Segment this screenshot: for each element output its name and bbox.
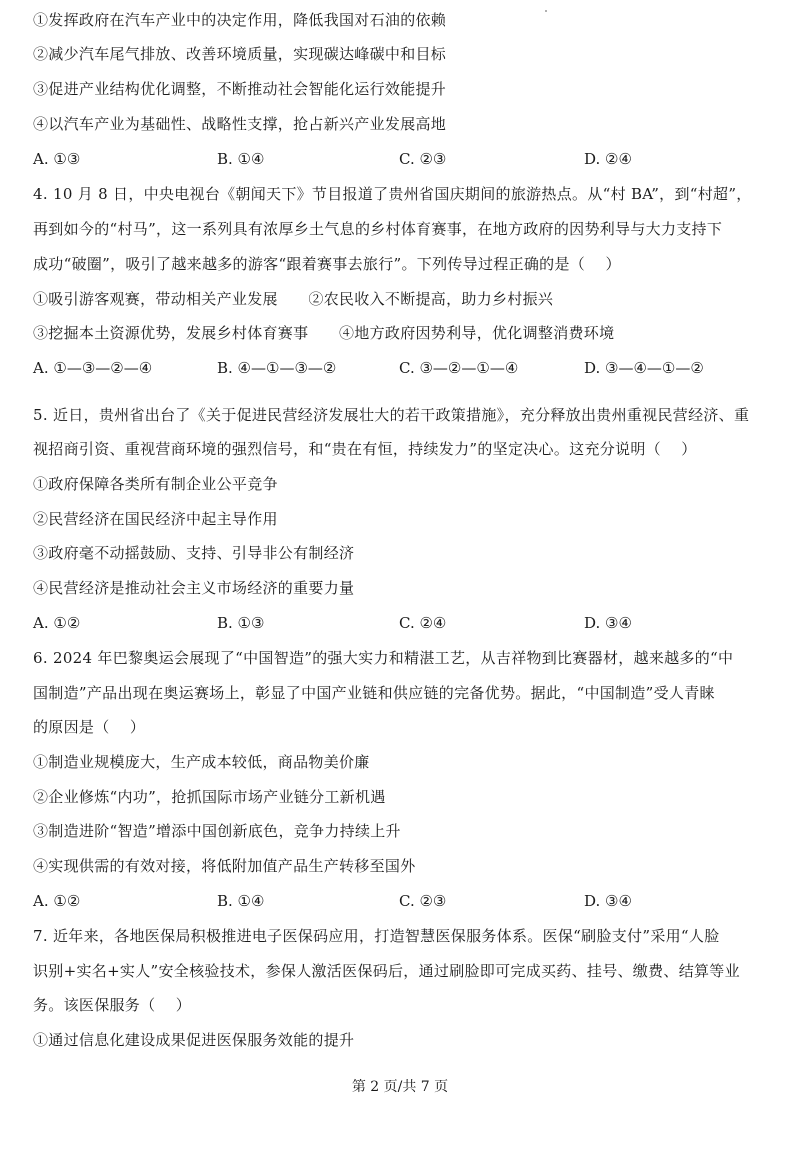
q7-stem-line-2: 识别+实名+实人”安全核验技术，参保人激活医保码后，通过刷脸即可完成买药、挂号、… xyxy=(33,961,740,981)
q5-item-4: ④民营经济是推动社会主义市场经济的重要力量 xyxy=(33,578,354,598)
q3-option-c: C. ②③ xyxy=(399,149,446,169)
q6-stem-line-3: 的原因是（ ） xyxy=(33,717,145,737)
q6-option-d: D. ③④ xyxy=(584,891,632,911)
q6-stem-line-2: 国制造”产品出现在奥运赛场上，彰显了中国产业链和供应链的完备优势。据此，“中国制… xyxy=(33,683,715,703)
q3-item-3: ③促进产业结构优化调整，不断推动社会智能化运行效能提升 xyxy=(33,79,446,99)
q6-option-b: B. ①④ xyxy=(217,891,264,911)
q6-option-a: A. ①② xyxy=(33,891,80,911)
scan-speck xyxy=(545,10,547,12)
q4-option-a: A. ①—③—②—④ xyxy=(33,358,152,378)
q4-stem-line-2: 再到如今的“村马”，这一系列具有浓厚乡土气息的乡村体育赛事，在地方政府的因势利导… xyxy=(33,219,722,239)
q4-items-line-1: ①吸引游客观赛，带动相关产业发展 ②农民收入不断提高，助力乡村振兴 xyxy=(33,289,553,309)
q3-item-1: ①发挥政府在汽车产业中的决定作用，降低我国对石油的依赖 xyxy=(33,10,446,30)
q6-item-2: ②企业修炼“内功”，抢抓国际市场产业链分工新机遇 xyxy=(33,787,386,807)
q5-item-1: ①政府保障各类所有制企业公平竞争 xyxy=(33,474,278,494)
q5-stem-line-2: 视招商引资、重视营商环境的强烈信号，和“贵在有恒，持续发力”的坚定决心。这充分说… xyxy=(33,439,697,459)
q3-option-b: B. ①④ xyxy=(217,149,264,169)
q6-item-4: ④实现供需的有效对接，将低附加值产品生产转移至国外 xyxy=(33,856,416,876)
q7-stem-line-3: 务。该医保服务（ ） xyxy=(33,995,191,1015)
q7-item-1: ①通过信息化建设成果促进医保服务效能的提升 xyxy=(33,1030,354,1050)
q6-item-3: ③制造进阶“智造”增添中国创新底色，竞争力持续上升 xyxy=(33,821,401,841)
q5-item-3: ③政府毫不动摇鼓励、支持、引导非公有制经济 xyxy=(33,543,354,563)
q6-option-c: C. ②③ xyxy=(399,891,446,911)
q3-item-2: ②减少汽车尾气排放、改善环境质量，实现碳达峰碳中和目标 xyxy=(33,44,446,64)
q4-option-b: B. ④—①—③—② xyxy=(217,358,336,378)
q7-stem-line-1: 7. 近年来，各地医保局积极推进电子医保码应用，打造智慧医保服务体系。医保“刷脸… xyxy=(33,926,720,946)
q5-option-c: C. ②④ xyxy=(399,613,446,633)
q4-option-c: C. ③—②—①—④ xyxy=(399,358,518,378)
q4-stem-line-3: 成功“破圈”，吸引了越来越多的游客“跟着赛事去旅行”。下列传导过程正确的是（ ） xyxy=(33,254,621,274)
q4-stem-line-1: 4. 10 月 8 日，中央电视台《朝闻天下》节目报道了贵州省国庆期间的旅游热点… xyxy=(33,184,752,204)
q6-item-1: ①制造业规模庞大，生产成本较低，商品物美价廉 xyxy=(33,752,370,772)
q3-item-4: ④以汽车产业为基础性、战略性支撑，抢占新兴产业发展高地 xyxy=(33,114,446,134)
q6-stem-line-1: 6. 2024 年巴黎奥运会展现了“中国智造”的强大实力和精湛工艺，从吉祥物到比… xyxy=(33,648,733,668)
q5-item-2: ②民营经济在国民经济中起主导作用 xyxy=(33,509,278,529)
q3-option-a: A. ①③ xyxy=(33,149,80,169)
q3-option-d: D. ②④ xyxy=(584,149,632,169)
q5-option-d: D. ③④ xyxy=(584,613,632,633)
q4-option-d: D. ③—④—①—② xyxy=(584,358,704,378)
page-number: 第 2 页/共 7 页 xyxy=(0,1077,800,1097)
q5-option-b: B. ①③ xyxy=(217,613,264,633)
q5-stem-line-1: 5. 近日，贵州省出台了《关于促进民营经济发展壮大的若干政策措施》，充分释放出贵… xyxy=(33,405,749,425)
q5-option-a: A. ①② xyxy=(33,613,80,633)
q4-items-line-2: ③挖掘本土资源优势，发展乡村体育赛事 ④地方政府因势利导，优化调整消费环境 xyxy=(33,323,614,343)
